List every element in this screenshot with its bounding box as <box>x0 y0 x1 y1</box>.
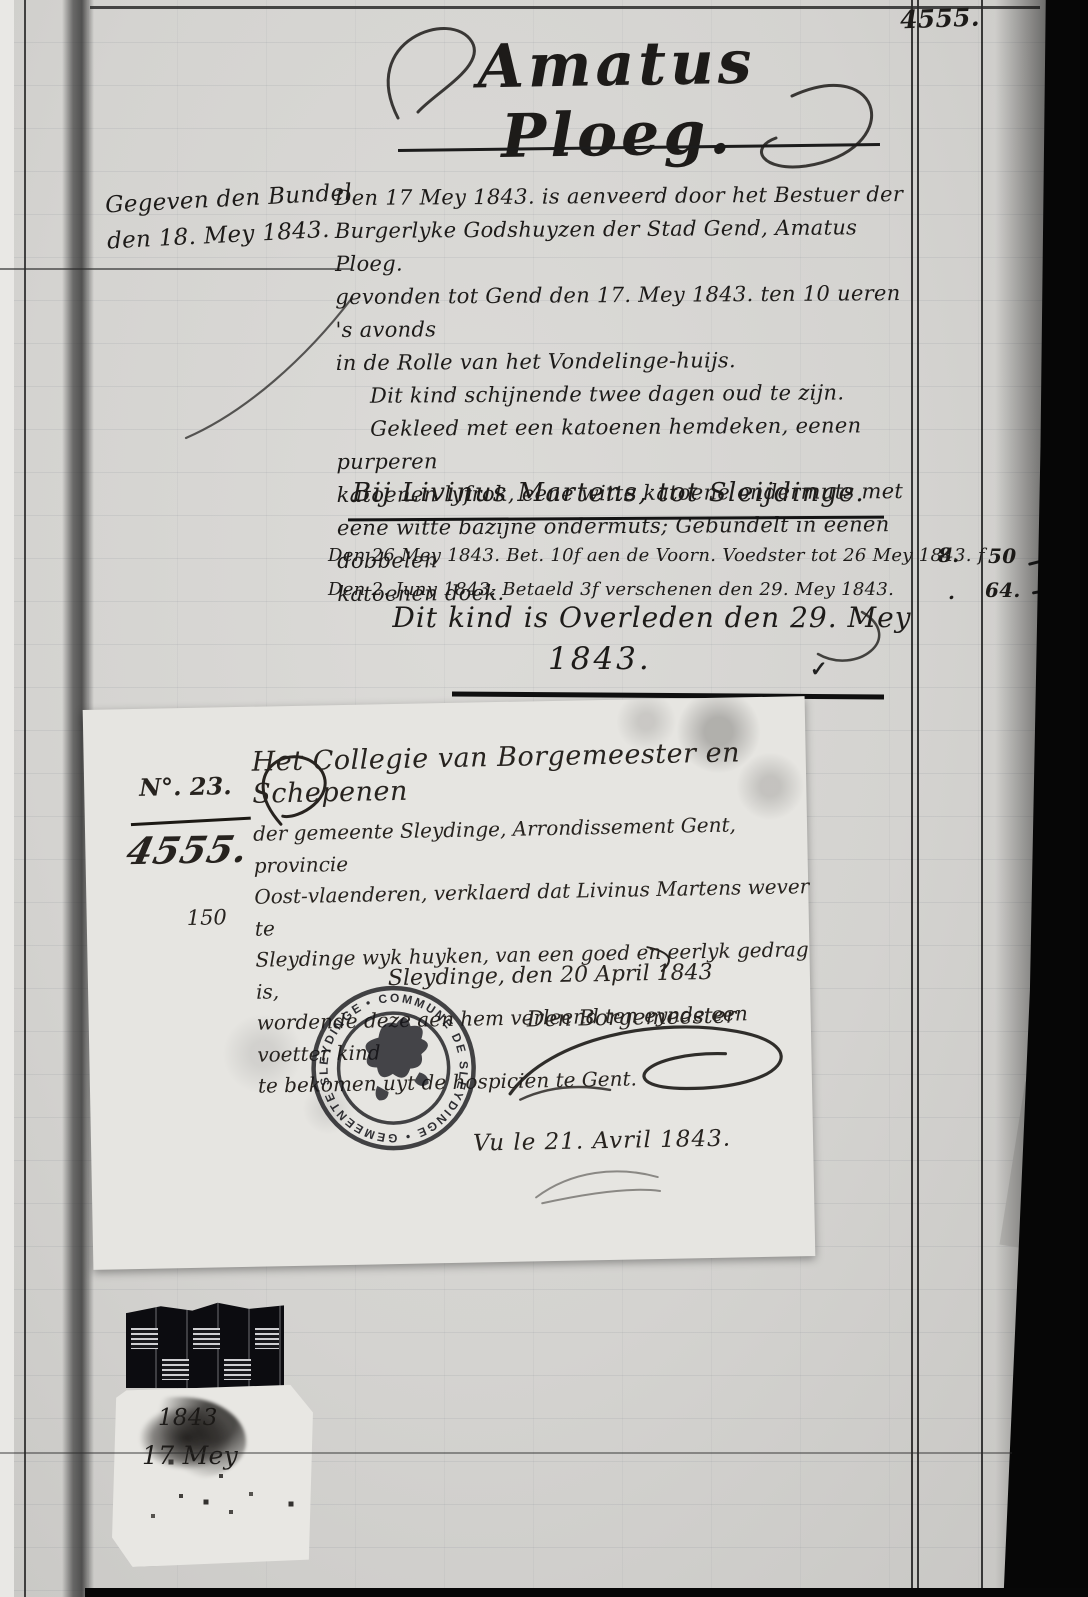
lower-rule-line <box>0 1452 1012 1454</box>
certificate-body-line: Oost-vlaenderen, verklaerd dat Livinus M… <box>254 871 815 945</box>
cents-column-line <box>981 0 983 1597</box>
fabric-weave-patch <box>193 1328 220 1349</box>
entry-line: in de Rolle van het Vondelinge-huijs. <box>336 343 918 380</box>
entry-line: Burgerlyke Godshuyzen der Stad Gend, Ama… <box>335 211 917 281</box>
paper-scrap: 1843 17 Mey <box>110 1383 315 1567</box>
certificate-signatory-title: Den Borgemeester <box>526 1003 736 1032</box>
fabric-weave-patch <box>224 1359 251 1380</box>
certificate-paper: N°. 23. 4555. 150 Het Collegie van Borge… <box>83 696 816 1270</box>
margin-note: Gegeven den Bundel den 18. Mey 1843. <box>104 175 357 260</box>
payment-row: Den 26 Mey 1843. Bet. 10f aen de Voorn. … <box>328 545 913 566</box>
death-note-line2: 1843. <box>548 641 652 677</box>
entry-line: Gekleed met een katoenen hemdeken, eenen… <box>336 409 918 479</box>
left-rule-line <box>24 0 26 1597</box>
page-title: Amatus Ploeg. <box>351 25 883 174</box>
check-mark: ✓ <box>810 656 828 681</box>
register-scan: 4555. Amatus Ploeg. Gegeven den Bundel d… <box>0 0 1088 1597</box>
certificate-reference: 4555. <box>122 827 253 874</box>
certificate-body-line: Het Collegie van Borgemeester en Schepen… <box>251 736 812 810</box>
margin-rule-line <box>0 268 352 270</box>
certificate-body-line: der gemeente Sleydinge, Arrondissement G… <box>253 808 814 882</box>
foster-parent-line: Bij Livinus Martens, tot Sleijdinge. <box>352 478 865 508</box>
entry-line: Dit kind schijnende twee dagen oud te zi… <box>336 376 918 413</box>
entry-line: gevonden tot Gend den 17. Mey 1843. ten … <box>335 277 917 347</box>
entry-line: Den 17 Mey 1843. is aenveerd door het Be… <box>335 178 917 215</box>
folio-number: 4555. <box>900 3 981 35</box>
fabric-weave-patch <box>131 1328 158 1349</box>
payment-guilders: 8. <box>938 543 959 567</box>
certificate-number-underline <box>131 817 251 826</box>
amount-column-line-b <box>917 0 919 1597</box>
payment-row: Den 2. Juny 1843. Betaeld 3f verschenen … <box>328 579 913 600</box>
certificate-visa-line: Vu le 21. Avril 1843. <box>473 1126 731 1157</box>
fabric-swatch <box>126 1301 284 1388</box>
scrap-note-line2: 17 Mey <box>142 1441 238 1470</box>
scan-background-bottom <box>85 1588 1088 1597</box>
top-rule-line <box>90 6 1040 9</box>
payment-guilders: . <box>948 580 955 604</box>
certificate-fee: 150 <box>186 905 227 930</box>
fabric-weave-patch <box>255 1328 279 1349</box>
fabric-weave-patch <box>162 1359 189 1380</box>
certificate-number: N°. 23. <box>139 771 232 802</box>
death-note-line1: Dit kind is Overleden den 29. Mey <box>390 601 914 634</box>
page-left-edge <box>0 0 14 1597</box>
